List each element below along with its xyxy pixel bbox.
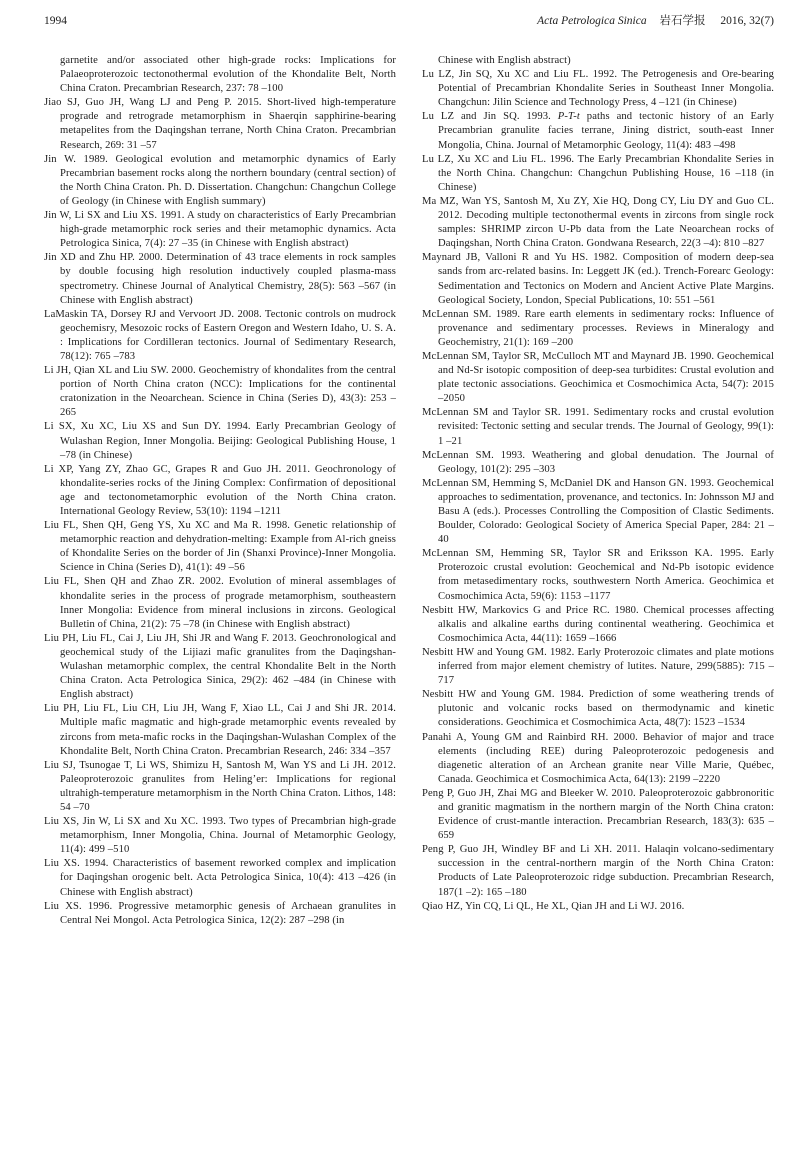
reference-entry: Ma MZ, Wan YS, Santosh M, Xu ZY, Xie HQ,… [422,195,774,251]
references-column-left: garnetite and/or associated other high-g… [44,54,396,928]
reference-entry: McLennan SM and Taylor SR. 1991. Sedimen… [422,406,774,448]
reference-entry: Jin W, Li SX and Liu XS. 1991. A study o… [44,209,396,251]
reference-entry: Li XP, Yang ZY, Zhao GC, Grapes R and Gu… [44,463,396,519]
reference-entry: Li JH, Qian XL and Liu SW. 2000. Geochem… [44,364,396,420]
reference-entry: Nesbitt HW and Young GM. 1984. Predictio… [422,688,774,730]
reference-columns: garnetite and/or associated other high-g… [44,54,774,928]
reference-entry: Liu XS. 1994. Characteristics of basemen… [44,857,396,899]
reference-entry: Maynard JB, Valloni R and Yu HS. 1982. C… [422,251,774,307]
reference-entry: Jiao SJ, Guo JH, Wang LJ and Peng P. 201… [44,96,396,152]
reference-entry: Liu FL, Shen QH, Geng YS, Xu XC and Ma R… [44,519,396,575]
reference-entry: McLennan SM, Taylor SR, McCulloch MT and… [422,350,774,406]
italic-term: P-T-t [558,111,580,122]
journal-title-latin: Acta Petrologica Sinica [537,15,646,27]
reference-entry: Lu LZ and Jin SQ. 1993. P-T-t paths and … [422,110,774,152]
reference-entry: Lu LZ, Xu XC and Liu FL. 1996. The Early… [422,153,774,195]
reference-entry: Liu FL, Shen QH and Zhao ZR. 2002. Evolu… [44,575,396,631]
reference-entry: Panahi A, Young GM and Rainbird RH. 2000… [422,731,774,787]
reference-entry: Peng P, Guo JH, Zhai MG and Bleeker W. 2… [422,787,774,843]
journal-issue: 2016, 32(7) [720,15,774,27]
reference-entry: Nesbitt HW, Markovics G and Price RC. 19… [422,604,774,646]
reference-entry: Liu PH, Liu FL, Cai J, Liu JH, Shi JR an… [44,632,396,702]
reference-entry: LaMaskin TA, Dorsey RJ and Vervoort JD. … [44,308,396,364]
page-number: 1994 [44,15,67,27]
reference-entry: garnetite and/or associated other high-g… [44,54,396,96]
reference-entry: McLennan SM. 1989. Rare earth elements i… [422,308,774,350]
reference-entry: Lu LZ, Jin SQ, Xu XC and Liu FL. 1992. T… [422,68,774,110]
reference-entry: McLennan SM, Hemming SR, Taylor SR and E… [422,547,774,603]
reference-entry: Jin W. 1989. Geological evolution and me… [44,153,396,209]
journal-title-chinese: 岩石学报 [659,15,705,27]
reference-entry: McLennan SM, Hemming S, McDaniel DK and … [422,477,774,547]
page-header: 1994 Acta Petrologica Sinica 岩石学报 2016, … [44,12,774,28]
reference-entry: Liu SJ, Tsunogae T, Li WS, Shimizu H, Sa… [44,759,396,815]
reference-entry: Chinese with English abstract) [422,54,774,68]
reference-entry: Jin XD and Zhu HP. 2000. Determination o… [44,251,396,307]
reference-entry: Liu XS. 1996. Progressive metamorphic ge… [44,900,396,928]
journal-page: 1994 Acta Petrologica Sinica 岩石学报 2016, … [0,0,800,928]
reference-entry: Li SX, Xu XC, Liu XS and Sun DY. 1994. E… [44,420,396,462]
references-column-right: Chinese with English abstract)Lu LZ, Jin… [422,54,774,928]
reference-entry: Peng P, Guo JH, Windley BF and Li XH. 20… [422,843,774,899]
reference-entry: Liu PH, Liu FL, Liu CH, Liu JH, Wang F, … [44,702,396,758]
reference-entry: Qiao HZ, Yin CQ, Li QL, He XL, Qian JH a… [422,900,774,914]
reference-entry: Nesbitt HW and Young GM. 1982. Early Pro… [422,646,774,688]
reference-entry: McLennan SM. 1993. Weathering and global… [422,449,774,477]
running-head: Acta Petrologica Sinica 岩石学报 2016, 32(7) [537,12,774,28]
reference-entry: Liu XS, Jin W, Li SX and Xu XC. 1993. Tw… [44,815,396,857]
